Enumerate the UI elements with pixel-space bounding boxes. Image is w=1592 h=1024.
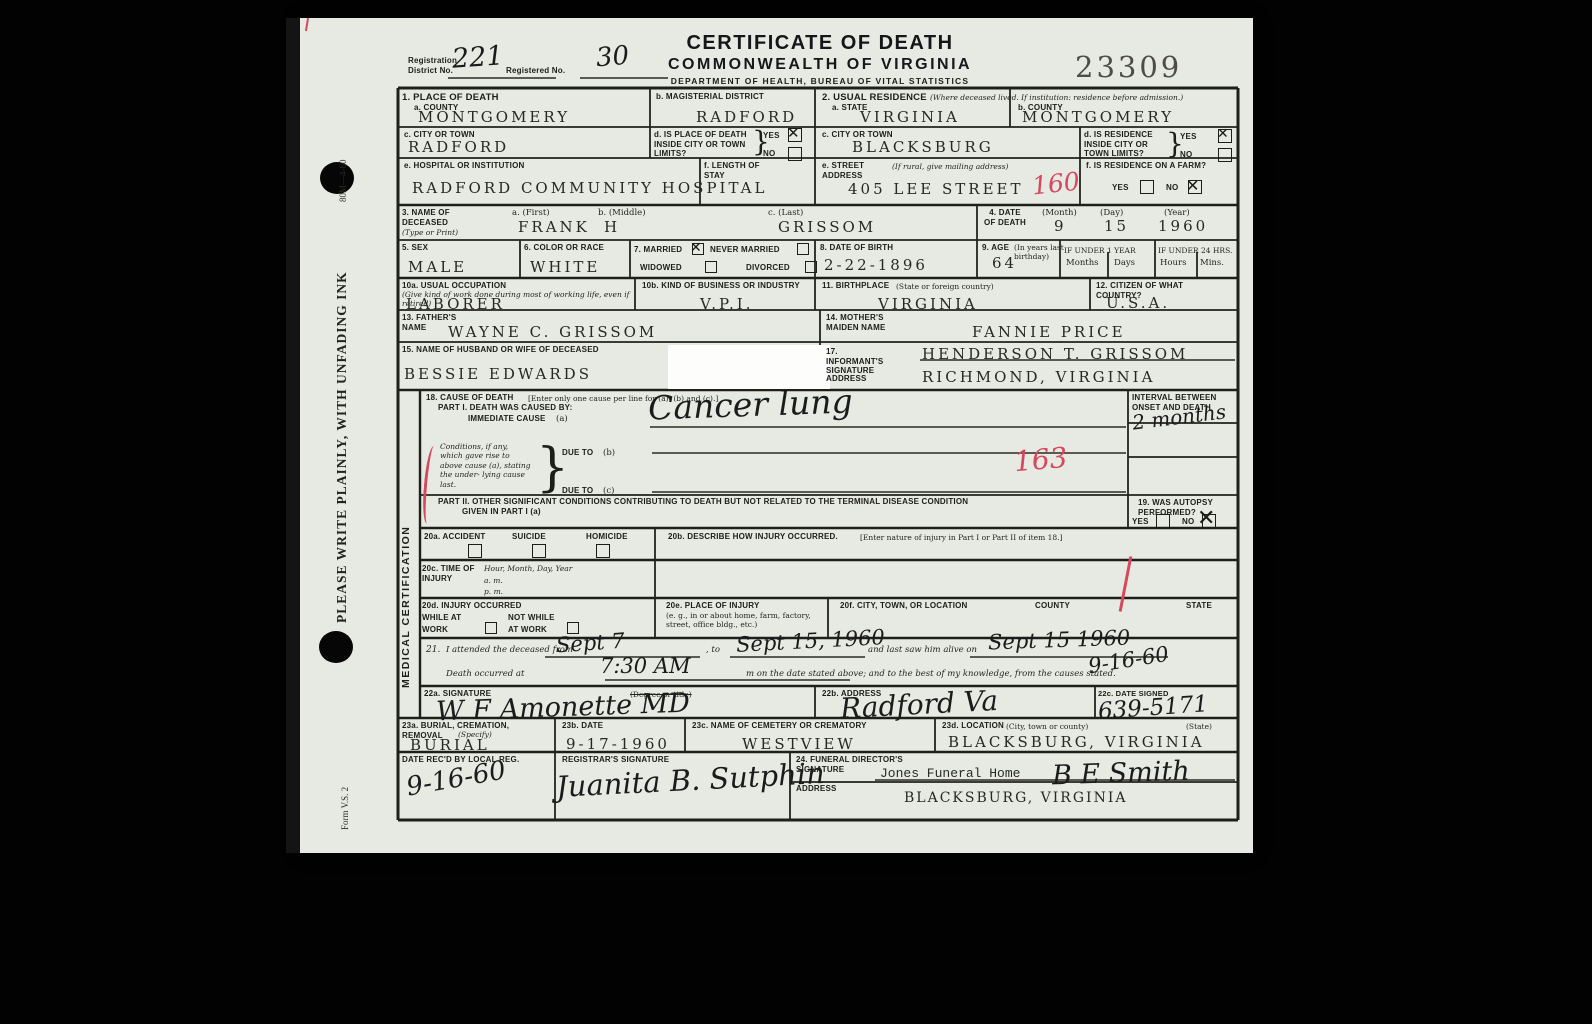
field-20d-atwork-label: AT WORK [508, 625, 547, 635]
field-2f-yes-checkbox [1140, 180, 1154, 194]
field-9-days-label: Days [1114, 258, 1135, 268]
field-11-value: VIRGINIA [878, 295, 978, 313]
field-2f-no-label: NO [1166, 183, 1178, 193]
certificate-paper: 80M—4-60 PLEASE WRITE PLAINLY, WITH UNFA… [300, 18, 1253, 853]
field-3-middle-value: H [604, 218, 620, 236]
field-1e-value: RADFORD COMMUNITY HOSPITAL [412, 179, 767, 197]
field-18-a-label: (a) [556, 414, 568, 424]
field-19-yes-label: YES [1132, 517, 1149, 527]
field-2d-yes-xmark: ✕ [1217, 127, 1229, 141]
field-1-title: 1. PLACE OF DEATH [402, 92, 499, 103]
field-4-day-value: 15 [1104, 217, 1129, 235]
field-21-from-handwriting: Sept 7 [555, 631, 625, 657]
field-9-value: 64 [992, 254, 1017, 272]
field-4-year-value: 1960 [1158, 217, 1208, 235]
field-7-never-checkbox [797, 243, 809, 255]
field-1b-value: RADFORD [696, 108, 797, 126]
field-3-last-value: GRISSOM [778, 218, 876, 236]
field-1d-yes-xmark: ✕ [787, 126, 800, 141]
field-1d-yes-label: YES [763, 131, 780, 141]
field-2-note: (Where deceased lived. If institution: r… [930, 93, 1230, 102]
scanned-death-certificate: 80M—4-60 PLEASE WRITE PLAINLY, WITH UNFA… [0, 0, 1592, 1024]
field-2e-value: 405 LEE STREET [848, 180, 1024, 198]
field-21-text1: I attended the deceased from [446, 645, 573, 656]
field-9-hours-label: Hours [1160, 258, 1186, 268]
field-20d-while-checkbox [485, 622, 497, 634]
field-23d-note: (City, town or county) [1006, 722, 1088, 731]
paper-edge-shadow [286, 18, 300, 853]
field-18-red-code: 163 [1013, 444, 1069, 477]
field-23d-state-note: (State) [1186, 722, 1212, 731]
field-20c-cols-label: Hour, Month, Day, Year [484, 564, 572, 573]
field-2e-red-annotation: 160 [1031, 169, 1081, 199]
field-10b-value: V.P.I. [700, 295, 754, 313]
field-1d-no-label: NO [763, 149, 775, 159]
field-18-title: 18. CAUSE OF DEATH [426, 393, 513, 403]
field-2d-label: d. IS RESIDENCE INSIDE CITY OR TOWN LIMI… [1084, 130, 1172, 159]
field-20e-label: 20e. PLACE OF INJURY [666, 601, 760, 611]
field-23c-value: WESTVIEW [742, 735, 856, 753]
field-6-value: WHITE [530, 258, 600, 276]
field-12-value: U.S.A. [1106, 294, 1170, 312]
field-18-dueto-b-label: DUE TO [562, 448, 593, 458]
field-2a-value: VIRGINIA [860, 108, 960, 126]
field-20a-suicide-checkbox [532, 544, 546, 558]
field-20c-label: 20c. TIME OF INJURY [422, 564, 480, 583]
field-18-c-label: (c) [603, 486, 614, 496]
field-7-married-label: 7. MARRIED [634, 245, 682, 255]
field-20f-label: 20f. CITY, TOWN, OR LOCATION [840, 601, 968, 611]
field-2d-no-label: NO [1180, 150, 1192, 160]
field-17-address-value: RICHMOND, VIRGINIA [922, 368, 1155, 386]
field-19-no-label: NO [1182, 517, 1194, 527]
field-2f-no-xmark: ✕ [1186, 178, 1199, 194]
field-1d-label: d. IS PLACE OF DEATH INSIDE CITY OR TOWN… [654, 130, 750, 159]
field-18-dueto-c-label: DUE TO [562, 486, 593, 496]
field-20b-note: [Enter nature of injury in Part I or Par… [860, 533, 1062, 542]
field-21-lastsaw-handwriting: Sept 15 1960 [988, 628, 1131, 654]
field-7-divorced-checkbox [805, 261, 817, 273]
field-20f-county-label: COUNTY [1035, 601, 1070, 611]
field-24-signature-handwriting: B E Smith [1052, 758, 1191, 790]
field-7-widowed-checkbox [705, 261, 717, 273]
field-2d-no-checkbox [1218, 148, 1232, 162]
field-2d-yes-label: YES [1180, 132, 1197, 142]
field-20d-work-label: WORK [422, 625, 448, 635]
field-1e-label: e. HOSPITAL OR INSTITUTION [404, 161, 524, 171]
field-13-value: WAYNE C. GRISSOM [448, 323, 657, 341]
field-7-widowed-label: WIDOWED [640, 263, 682, 273]
field-20a-homicide-checkbox [596, 544, 610, 558]
field-18-part2b-label: GIVEN IN PART I (a) [462, 507, 541, 517]
field-3-last-label: c. (Last) [768, 208, 803, 218]
field-10b-label: 10b. KIND OF BUSINESS OR INDUSTRY [642, 281, 814, 291]
field-4-month-value: 9 [1054, 217, 1067, 235]
field-14-value: FANNIE PRICE [972, 323, 1126, 341]
field-8-label: 8. DATE OF BIRTH [820, 243, 893, 253]
field-11-note: (State or foreign country) [896, 282, 994, 291]
field-7-divorced-label: DIVORCED [746, 263, 790, 273]
field-9-under1-label: IF UNDER 1 YEAR [1064, 246, 1136, 255]
field-18-part2-label: PART II. OTHER SIGNIFICANT CONDITIONS CO… [438, 497, 1138, 507]
field-22b-address-handwriting: Radford Va [839, 687, 998, 723]
field-20a-accident-checkbox [468, 544, 482, 558]
field-21-text3: and last saw him alive on [868, 645, 977, 656]
field-3-note: (Type or Print) [402, 228, 458, 237]
field-15-label: 15. NAME OF HUSBAND OR WIFE OF DECEASED [402, 345, 712, 355]
field-9-mins-label: Mins. [1200, 258, 1224, 268]
field-23a-value: BURIAL [410, 736, 490, 754]
field-24-typed-value: Jones Funeral Home [880, 766, 1020, 781]
field-5-label: 5. SEX [402, 243, 428, 253]
field-11-label: 11. BIRTHPLACE [822, 281, 889, 291]
field-23b-value: 9-17-1960 [566, 735, 670, 753]
field-23c-label: 23c. NAME OF CEMETERY OR CREMATORY [692, 721, 867, 731]
field-20a-homicide-label: HOMICIDE [586, 532, 628, 542]
field-20a-accident-label: 20a. ACCIDENT [424, 532, 485, 542]
field-1d-no-checkbox [788, 147, 802, 161]
field-8-value: 2-22-1896 [824, 256, 928, 274]
field-21-text4: Death occurred at [446, 669, 524, 680]
field-7-never-label: NEVER MARRIED [710, 245, 780, 255]
field-18-immediate-label: IMMEDIATE CAUSE [468, 414, 546, 424]
field-20b-label: 20b. DESCRIBE HOW INJURY OCCURRED. [668, 532, 838, 542]
field-1f-label: f. LENGTH OF STAY [704, 161, 774, 180]
field-21-text5: m on the date stated above; and to the b… [746, 669, 1116, 680]
field-21-number: 21. [426, 645, 440, 656]
field-5-value: MALE [408, 258, 467, 276]
field-9-months-label: Months [1066, 258, 1099, 268]
field-18-part1-label: PART I. DEATH WAS CAUSED BY: [438, 403, 573, 413]
field-20c-pm-label: p. m. [484, 587, 503, 596]
field-21-text2: , to [706, 645, 720, 656]
field-2f-yes-label: YES [1112, 183, 1129, 193]
field-19-yes-checkbox [1156, 514, 1170, 528]
field-19-label: 19. WAS AUTOPSY PERFORMED? [1138, 498, 1234, 517]
field-19-no-xmark: ✕ [1197, 508, 1215, 530]
field-9-label: 9. AGE [982, 243, 1009, 253]
field-2e-note: (If rural, give mailing address) [892, 162, 1008, 171]
field-6-label: 6. COLOR OR RACE [524, 243, 604, 253]
field-20d-notwhile-label: NOT WHILE [508, 613, 555, 623]
field-1b-label: b. MAGISTERIAL DISTRICT [656, 92, 764, 102]
field-20d-whileat-label: WHILE AT [422, 613, 461, 623]
field-2f-label: f. IS RESIDENCE ON A FARM? [1086, 161, 1236, 171]
field-2-title: 2. USUAL RESIDENCE [822, 92, 927, 103]
field-4-label: 4. DATE OF DEATH [984, 208, 1026, 227]
field-17-value: HENDERSON T. GRISSOM [922, 345, 1188, 363]
field-14-label: 14. MOTHER'S MAIDEN NAME [826, 313, 906, 332]
field-20f-state-label: STATE [1186, 601, 1212, 611]
field-24-address-label: ADDRESS [796, 784, 837, 794]
field-18-cause-handwriting: Cancer lung [647, 384, 853, 424]
field-23b-label: 23b. DATE [562, 721, 603, 731]
field-3-first-label: a. (First) [512, 208, 550, 218]
field-2c-value: BLACKSBURG [852, 138, 994, 156]
field-18-b-label: (b) [603, 448, 615, 458]
field-9-note: (In years last birthday) [1014, 243, 1069, 262]
field-3-first-value: FRANK [518, 218, 590, 236]
field-3-middle-label: b. (Middle) [598, 208, 646, 218]
field-15-value: BESSIE EDWARDS [404, 365, 592, 383]
field-1a-value: MONTGOMERY [418, 108, 570, 126]
field-10a-value: LABORER [406, 295, 505, 313]
field-20e-note: (e. g., in or about home, farm, factory,… [666, 611, 826, 629]
field-1c-value: RADFORD [408, 138, 509, 156]
field-18-conditions-note: Conditions, if any, which gave rise to a… [440, 442, 532, 489]
field-7-married-xmark: ✕ [690, 241, 702, 255]
field-17-label: 17. INFORMANT'S SIGNATURE [826, 347, 892, 376]
field-2b-value: MONTGOMERY [1022, 108, 1174, 126]
field-9-under24-label: IF UNDER 24 HRS. [1158, 246, 1232, 255]
registrar-signature-label: REGISTRAR'S SIGNATURE [562, 755, 669, 765]
field-24-address-value: BLACKSBURG, VIRGINIA [904, 790, 1127, 806]
field-23d-label: 23d. LOCATION [942, 721, 1004, 731]
field-3-label: 3. NAME OF DECEASED [402, 208, 464, 227]
field-20a-suicide-label: SUICIDE [512, 532, 546, 542]
field-20c-am-label: a. m. [484, 576, 503, 585]
field-23d-value: BLACKSBURG, VIRGINIA [948, 733, 1205, 751]
field-2e-label: e. STREET ADDRESS [822, 161, 877, 180]
field-20d-label: 20d. INJURY OCCURRED [422, 601, 522, 611]
field-21-time-handwriting: 7:30 AM [600, 656, 691, 677]
